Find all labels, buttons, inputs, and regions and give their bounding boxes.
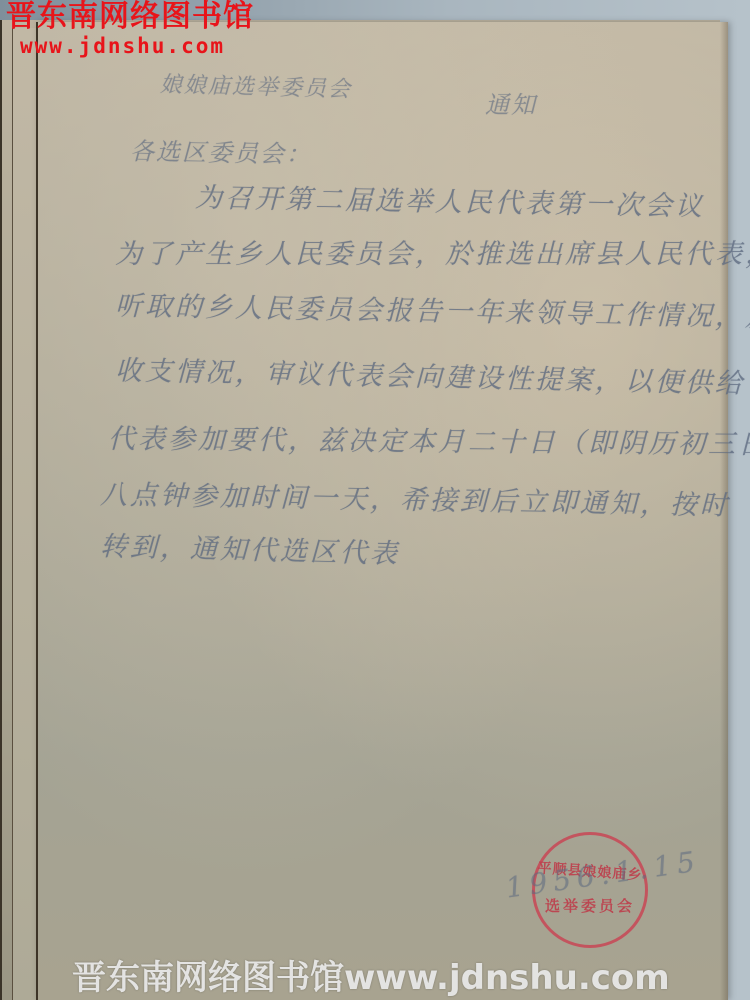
- watermark-bottom: 晋东南网络图书馆www.jdnshu.com: [72, 958, 670, 998]
- salutation: 各选区委员会：: [130, 131, 313, 169]
- body-line-7: 转到，通知代选区代表: [100, 524, 401, 571]
- watermark-site-name: 晋东南网络图书馆: [6, 0, 254, 34]
- document-issuer: 娘娘庙选举委员会: [160, 67, 353, 103]
- document-title: 通知: [485, 85, 537, 120]
- body-line-2: 为了产生乡人民委员会，於推选出席县人民代表，同时: [115, 232, 750, 271]
- watermark-top: 晋东南网络图书馆 www.jdnshu.com: [6, 0, 254, 58]
- watermark-site-url: www.jdnshu.com: [20, 34, 254, 58]
- body-line-5: 代表参加要代，兹决定本月二十日（即阴历初三日）上午: [108, 417, 750, 463]
